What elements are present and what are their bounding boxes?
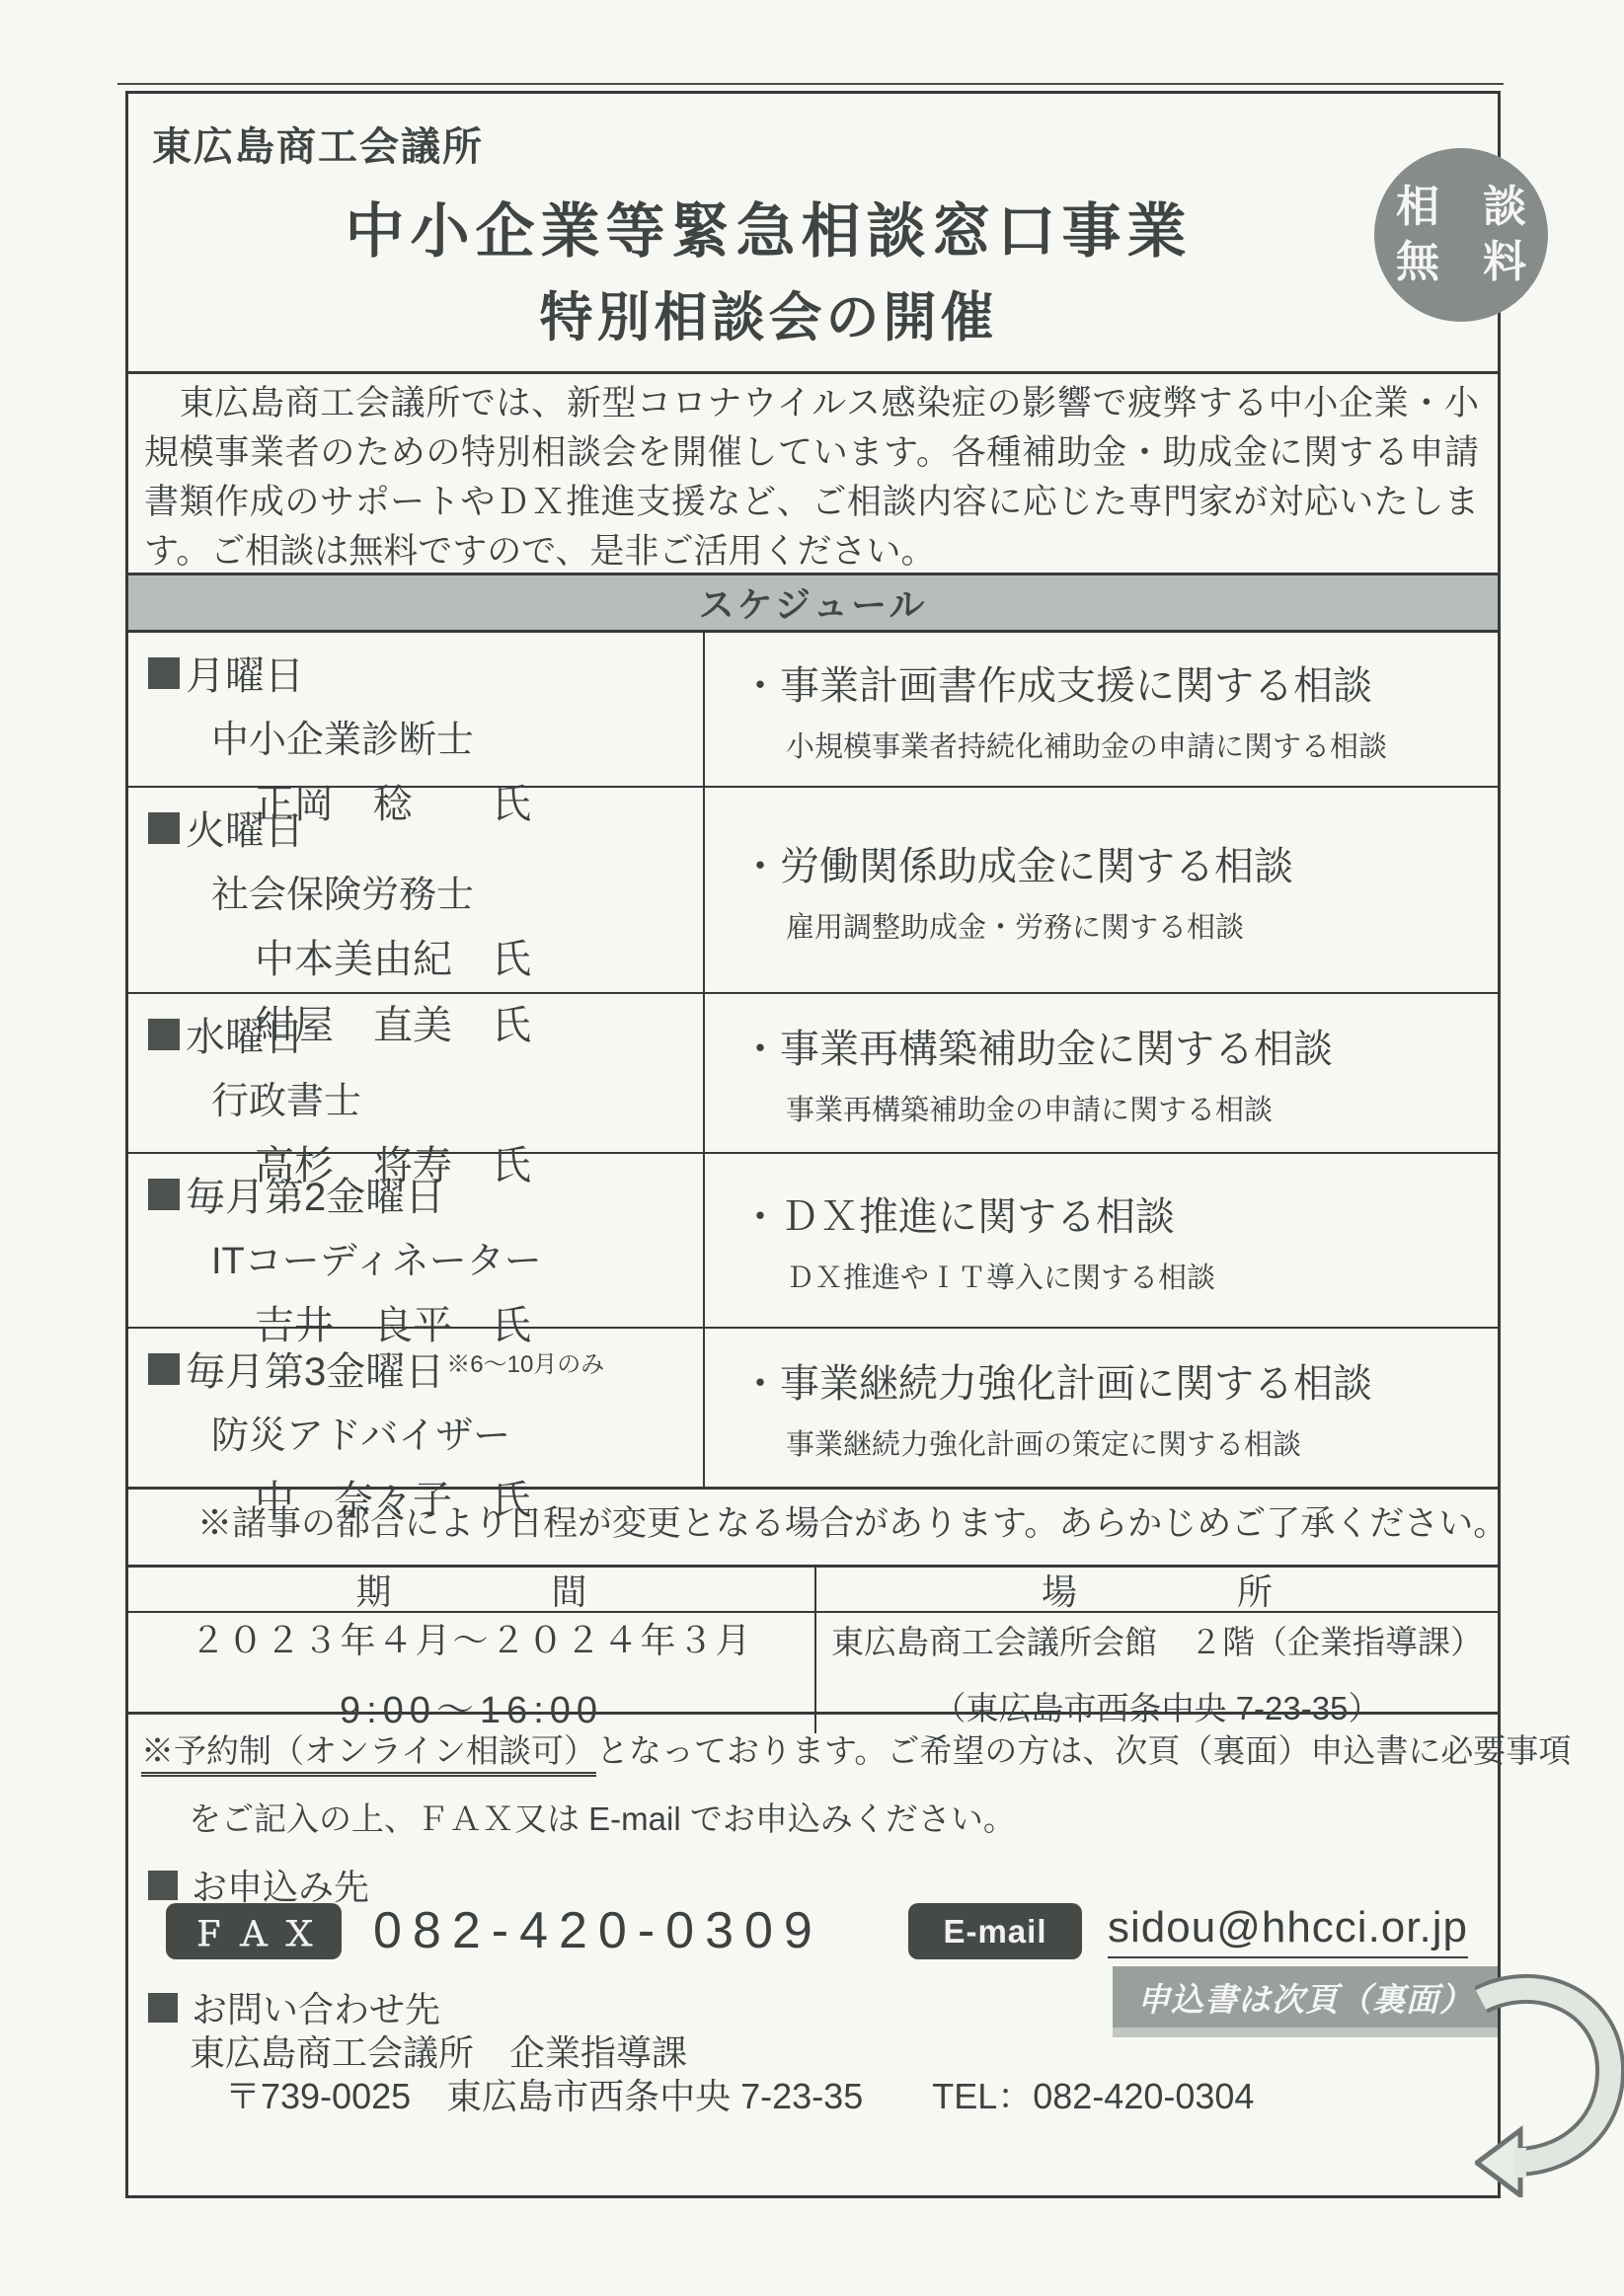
schedule-cell-topic: ・労働関係助成金に関する相談 雇用調整助成金・労務に関する相談 [705, 788, 1498, 992]
schedule-day-line: 毎月第2金曜日 [148, 1166, 703, 1222]
schedule-row-monday: 月曜日 中小企業診断士 正岡 稔 氏 ・事業計画書作成支援に関する相談 小規模事… [128, 633, 1498, 788]
free-consultation-badge: 相 談 無 料 [1374, 148, 1548, 322]
header-box: 東広島商工会議所 中小企業等緊急相談窓口事業 特別相談会の開催 [125, 91, 1501, 374]
inquiry-telephone: TEL：082-420-0304 [932, 2069, 1254, 2119]
fax-number: 082-420-0309 [373, 1901, 823, 1960]
reservation-underlined-text: ※予約制（オンライン相談可） [141, 1732, 596, 1777]
place-value-cell: 東広島商工会議所会館 ２階（企業指導課） （東広島市西条中央 7-23-35） [816, 1613, 1498, 1733]
schedule-subtopic: 事業再構築補助金の申請に関する相談 [786, 1088, 1498, 1128]
place-header-cell: 場所 [816, 1568, 1498, 1611]
schedule-topic: ・事業計画書作成支援に関する相談 [740, 654, 1498, 711]
page-title-line2: 特別相談会の開催 [128, 275, 1498, 351]
application-form-banner: 申込書は次頁（裏面） [1113, 1966, 1498, 2037]
schedule-day: 毎月第3金曜日 [186, 1340, 444, 1397]
reservation-line1: ※予約制（オンライン相談可）となっております。ご希望の方は、次頁（裏面）申込書に… [141, 1725, 1504, 1772]
schedule-day-line: 水曜日 [148, 1006, 703, 1062]
schedule-row-tuesday: 火曜日 社会保険労務士 中本美由紀 氏 紺屋 直美 氏 ・労働関係助成金に関する… [128, 788, 1498, 994]
period-header-cell: 期間 [128, 1568, 816, 1611]
period-place-header-row: 期間 場所 [128, 1568, 1498, 1613]
bullet-square-icon [148, 657, 180, 689]
schedule-role: 社会保険労務士 [211, 864, 703, 918]
schedule-cell-topic: ・事業継続力強化計画に関する相談 事業継続力強化計画の策定に関する相談 [705, 1329, 1498, 1487]
schedule-topic: ・事業継続力強化計画に関する相談 [740, 1352, 1498, 1409]
badge-text-line1: 相 談 [1396, 180, 1526, 235]
email-chip: E-mail [908, 1903, 1082, 1959]
schedule-day: 月曜日 [186, 645, 304, 701]
schedule-name: 中本美由紀 氏 [255, 928, 703, 984]
schedule-cell-speaker: 水曜日 行政書士 高杉 将寿 氏 [128, 994, 705, 1152]
schedule-day-line: 月曜日 [148, 645, 703, 701]
schedule-topic: ・ＤＸ推進に関する相談 [740, 1186, 1498, 1242]
period-dates: ２０２３年４月～２０２４年３月 [190, 1613, 752, 1663]
bullet-square-icon [148, 812, 180, 844]
reservation-line2: をご記入の上、ＦＡＸ又は E-mail でお申込みください。 [141, 1794, 1504, 1840]
schedule-day-line: 火曜日 [148, 800, 703, 856]
schedule-day-line: 毎月第3金曜日 ※6～10月のみ [148, 1340, 703, 1397]
reservation-rest-text: となっております。ご希望の方は、次頁（裏面）申込書に必要事項 [596, 1732, 1571, 1769]
curved-arrow-icon [1475, 1970, 1624, 2197]
schedule-cell-topic: ・ＤＸ推進に関する相談 ＤＸ推進やＩＴ導入に関する相談 [705, 1154, 1498, 1327]
period-place-body-row: ２０２３年４月～２０２４年３月 9:00～16:00 東広島商工会議所会館 ２階… [128, 1613, 1498, 1733]
page-title-line1: 中小企業等緊急相談窓口事業 [128, 185, 1498, 269]
period-place-table: 期間 場所 ２０２３年４月～２０２４年３月 9:00～16:00 東広島商工会議… [125, 1565, 1501, 1715]
bullet-square-icon [148, 1019, 180, 1050]
schedule-cell-speaker: 毎月第2金曜日 ITコーディネーター 吉井 良平 氏 [128, 1154, 705, 1327]
schedule-day: 火曜日 [186, 800, 304, 856]
schedule-subtopic: ＤＸ推進やＩＴ導入に関する相談 [786, 1256, 1498, 1296]
inquiry-postal-address: 〒739-0025 東広島市西条中央 7-23-35 [225, 2069, 863, 2119]
schedule-subtopic: 事業継続力強化計画の策定に関する相談 [786, 1422, 1498, 1463]
period-header-label: 期間 [355, 1565, 746, 1615]
intro-paragraph: 東広島商工会議所では、新型コロナウイルス感染症の影響で疲弊する中小企業・小規模事… [144, 379, 1479, 576]
schedule-day-note: ※6～10月のみ [446, 1340, 604, 1379]
schedule-role: 行政書士 [211, 1070, 703, 1124]
schedule-subtopic: 雇用調整助成金・労務に関する相談 [786, 905, 1498, 946]
schedule-row-wednesday: 水曜日 行政書士 高杉 将寿 氏 ・事業再構築補助金に関する相談 事業再構築補助… [128, 994, 1498, 1154]
schedule-day: 毎月第2金曜日 [186, 1166, 444, 1222]
schedule-role: 中小企業診断士 [211, 709, 703, 763]
period-value-cell: ２０２３年４月～２０２４年３月 9:00～16:00 [128, 1613, 816, 1733]
schedule-note: ※諸事の都合により日程が変更となる場合があります。あらかじめご了承ください。 [197, 1496, 1508, 1546]
banner-label: 申込書は次頁（裏面） [1137, 1974, 1473, 2021]
inquiry-address-line: 〒739-0025 東広島市西条中央 7-23-35 TEL：082-420-0… [225, 2069, 1254, 2119]
schedule-topic: ・労働関係助成金に関する相談 [740, 835, 1498, 891]
place-building: 東広島商工会議所会館 ２階（企業指導課） [831, 1617, 1483, 1663]
schedule-topic: ・事業再構築補助金に関する相談 [740, 1018, 1498, 1074]
schedule-cell-speaker: 毎月第3金曜日 ※6～10月のみ 防災アドバイザー 中 奈々子 氏 [128, 1329, 705, 1487]
reservation-note: ※予約制（オンライン相談可）となっております。ご希望の方は、次頁（裏面）申込書に… [141, 1725, 1504, 1840]
schedule-cell-topic: ・事業計画書作成支援に関する相談 小規模事業者持続化補助金の申請に関する相談 [705, 633, 1498, 786]
organization-name: 東広島商工会議所 [152, 115, 484, 172]
place-address: （東広島市西条中央 7-23-35） [934, 1683, 1381, 1729]
bullet-square-icon [148, 1179, 180, 1210]
flyer-page: 東広島商工会議所 中小企業等緊急相談窓口事業 特別相談会の開催 相 談 無 料 … [0, 0, 1624, 2296]
top-rule-line [117, 83, 1504, 85]
schedule-cell-speaker: 月曜日 中小企業診断士 正岡 稔 氏 [128, 633, 705, 786]
schedule-cell-speaker: 火曜日 社会保険労務士 中本美由紀 氏 紺屋 直美 氏 [128, 788, 705, 992]
schedule-header-bar: スケジュール [125, 573, 1501, 633]
schedule-table: 月曜日 中小企業診断士 正岡 稔 氏 ・事業計画書作成支援に関する相談 小規模事… [125, 633, 1501, 1490]
email-address: sidou@hhcci.or.jp [1108, 1903, 1468, 1958]
schedule-subtopic: 小規模事業者持続化補助金の申請に関する相談 [786, 725, 1498, 765]
schedule-cell-topic: ・事業再構築補助金に関する相談 事業再構築補助金の申請に関する相談 [705, 994, 1498, 1152]
schedule-role: ITコーディネーター [211, 1230, 703, 1284]
badge-text-line2: 無 料 [1396, 235, 1526, 290]
bullet-square-icon [148, 1871, 178, 1900]
bullet-square-icon [148, 1353, 180, 1385]
fax-chip: ＦＡＸ [166, 1903, 342, 1959]
schedule-day: 水曜日 [186, 1006, 304, 1062]
bullet-square-icon [148, 1993, 178, 2023]
schedule-row-second-friday: 毎月第2金曜日 ITコーディネーター 吉井 良平 氏 ・ＤＸ推進に関する相談 Ｄ… [128, 1154, 1498, 1329]
place-header-label: 場所 [1042, 1565, 1432, 1615]
schedule-role: 防災アドバイザー [211, 1405, 703, 1459]
schedule-row-third-friday: 毎月第3金曜日 ※6～10月のみ 防災アドバイザー 中 奈々子 氏 ・事業継続力… [128, 1329, 1498, 1487]
